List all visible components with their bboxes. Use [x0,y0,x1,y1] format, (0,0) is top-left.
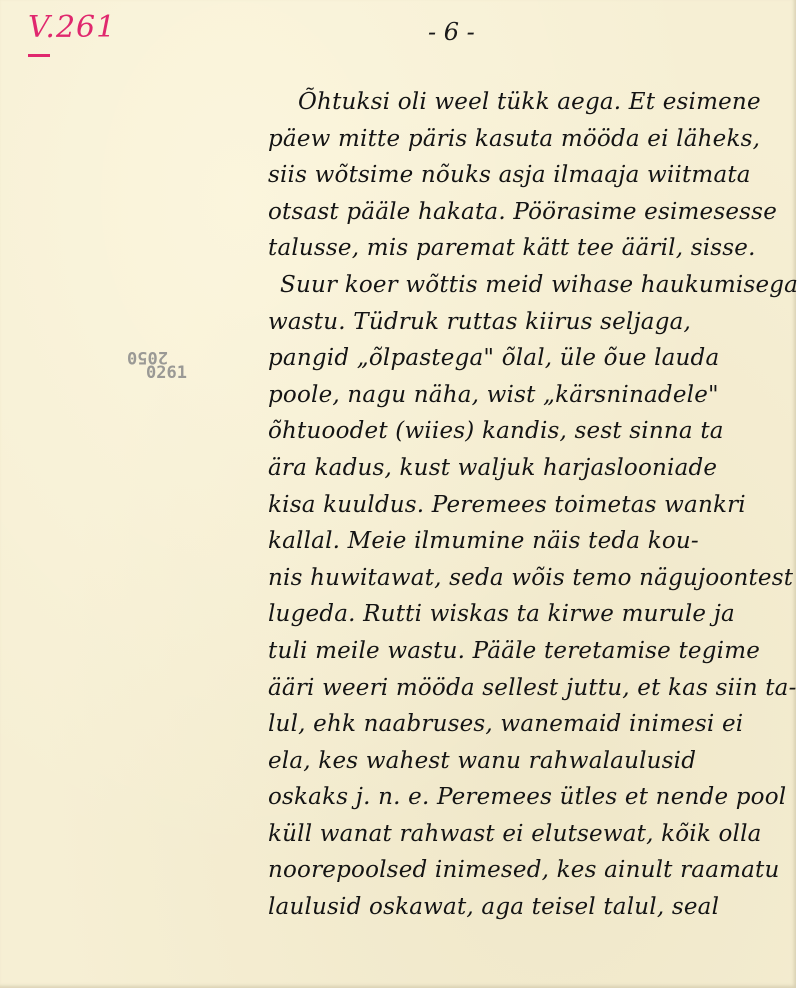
text-line: küll wanat rahwast ei elutsewat, kõik ol… [268,816,788,853]
manuscript-page: V.261 - 6 - 2050 0261 Õhtuksi oli weel t… [0,0,796,988]
text-line: oskaks j. n. e. Peremees ütles et nende … [268,779,788,816]
stamp-line-1: 2050 [110,348,168,366]
text-line: ela, kes wahest wanu rahwalaulusid [268,743,788,780]
page-number: - 6 - [428,18,475,46]
text-line: Suur koer wõttis meid wihase haukumisega [268,267,788,304]
handwritten-text: Õhtuksi oli weel tükk aega. Et esimene p… [268,84,788,926]
text-line: kallal. Meie ilmumine näis teda kou- [268,523,788,560]
text-line: wastu. Tüdruk ruttas kiirus seljaga, [268,304,788,341]
text-line: talusse, mis paremat kätt tee ääril, sis… [268,230,788,267]
text-line: ääri weeri mööda sellest juttu, et kas s… [268,670,788,707]
archive-mark-underline [28,54,50,57]
text-line: laulusid oskawat, aga teisel talul, seal [268,889,788,926]
archive-stamp: 2050 0261 [110,348,187,382]
text-line: otsast pääle hakata. Pöörasime esimesess… [268,194,788,231]
text-line: noorepoolsed inimesed, kes ainult raamat… [268,852,788,889]
archive-mark-text: V.261 [28,10,116,45]
text-line: lugeda. Rutti wiskas ta kirwe murule ja [268,596,788,633]
text-line: lul, ehk naabruses, wanemaid inimesi ei [268,706,788,743]
text-line: tuli meile wastu. Pääle teretamise tegim… [268,633,788,670]
text-line: pangid „õlpastega" õlal, üle õue lauda [268,340,788,377]
text-line: ära kadus, kust waljuk harjaslooniade [268,450,788,487]
text-line: õhtuoodet (wiies) kandis, sest sinna ta [268,413,788,450]
text-line: nis huwitawat, seda wõis temo nägujoonte… [268,560,788,597]
text-line: Õhtuksi oli weel tükk aega. Et esimene [268,84,788,121]
text-line: siis wõtsime nõuks asja ilmaaja wiitmata [268,157,788,194]
text-line: kisa kuuldus. Peremees toimetas wankri [268,487,788,524]
archive-mark: V.261 [28,10,116,45]
text-line: päew mitte päris kasuta mööda ei läheks, [268,121,788,158]
text-line: poole, nagu näha, wist „kärsninadele" [268,377,788,414]
